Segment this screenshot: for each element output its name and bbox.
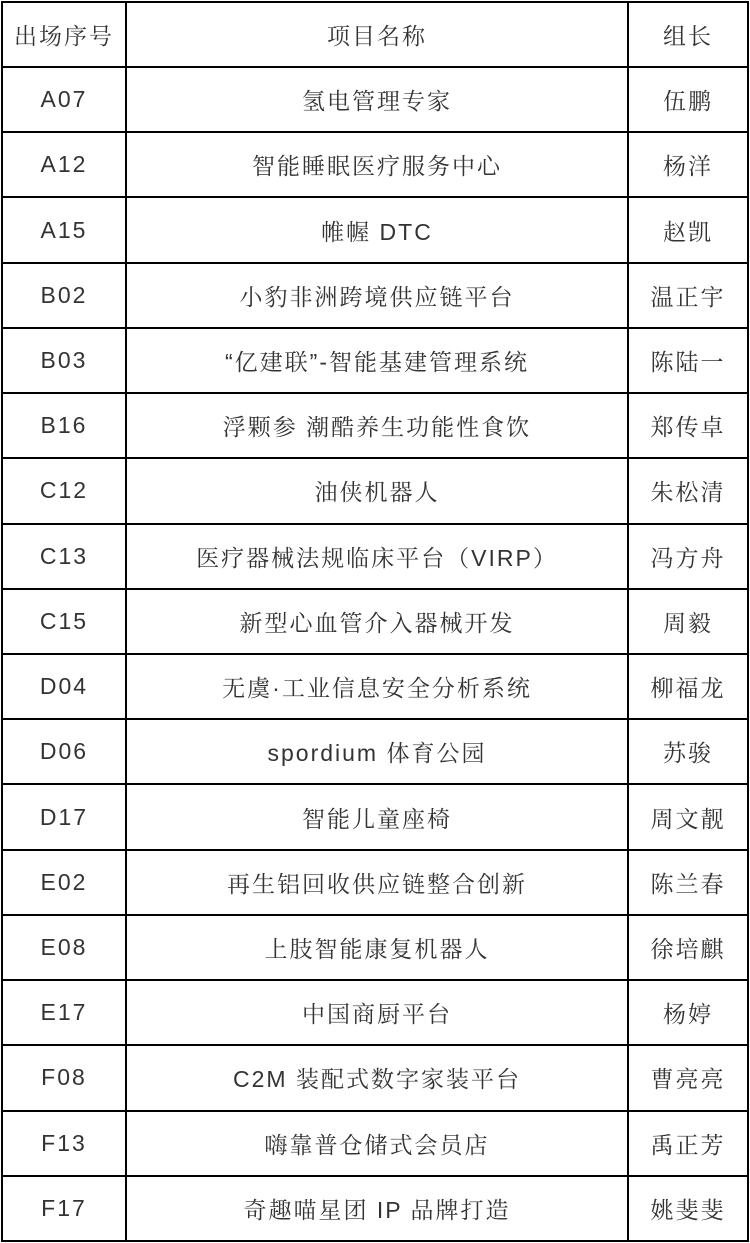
cell-project-name: 小豹非洲跨境供应链平台	[126, 263, 628, 328]
cell-leader: 朱松清	[628, 458, 748, 523]
cell-order-no: C12	[2, 458, 126, 523]
table-row: A07 氢电管理专家 伍鹏	[2, 67, 748, 132]
table-row: D04 无虞·工业信息安全分析系统 柳福龙	[2, 654, 748, 719]
cell-leader: 冯方舟	[628, 524, 748, 589]
table-row: D17 智能儿童座椅 周文靓	[2, 784, 748, 849]
cell-order-no: F17	[2, 1176, 126, 1241]
table-row: E02 再生铝回收供应链整合创新 陈兰春	[2, 850, 748, 915]
cell-leader: 郑传卓	[628, 393, 748, 458]
cell-order-no: F13	[2, 1111, 126, 1176]
table-row: E17 中国商厨平台 杨婷	[2, 980, 748, 1045]
cell-leader: 陈陆一	[628, 328, 748, 393]
header-cell-order-no: 出场序号	[2, 2, 126, 67]
table-row: E08 上肢智能康复机器人 徐培麒	[2, 915, 748, 980]
cell-leader: 徐培麒	[628, 915, 748, 980]
table-body: A07 氢电管理专家 伍鹏 A12 智能睡眠医疗服务中心 杨洋 A15 帷幄 D…	[2, 67, 748, 1241]
table-row: F17 奇趣喵星团 IP 品牌打造 姚斐斐	[2, 1176, 748, 1241]
table-row: D06 spordium 体育公园 苏骏	[2, 719, 748, 784]
cell-leader: 温正宇	[628, 263, 748, 328]
cell-leader: 柳福龙	[628, 654, 748, 719]
cell-project-name: 浮颗参 潮酷养生功能性食饮	[126, 393, 628, 458]
cell-project-name: C2M 装配式数字家装平台	[126, 1045, 628, 1110]
cell-leader: 姚斐斐	[628, 1176, 748, 1241]
cell-leader: 杨洋	[628, 132, 748, 197]
cell-leader: 伍鹏	[628, 67, 748, 132]
cell-project-name: 油侠机器人	[126, 458, 628, 523]
cell-project-name: 医疗器械法规临床平台（VIRP）	[126, 524, 628, 589]
table-row: A15 帷幄 DTC 赵凯	[2, 197, 748, 262]
cell-project-name: 新型心血管介入器械开发	[126, 589, 628, 654]
table-row: B16 浮颗参 潮酷养生功能性食饮 郑传卓	[2, 393, 748, 458]
cell-project-name: 氢电管理专家	[126, 67, 628, 132]
schedule-table: 出场序号 项目名称 组长 A07 氢电管理专家 伍鹏 A12 智能睡眠医疗服务中…	[1, 1, 749, 1242]
cell-project-name: 智能睡眠医疗服务中心	[126, 132, 628, 197]
table-row: A12 智能睡眠医疗服务中心 杨洋	[2, 132, 748, 197]
cell-order-no: E08	[2, 915, 126, 980]
cell-project-name: 无虞·工业信息安全分析系统	[126, 654, 628, 719]
document-page: 出场序号 项目名称 组长 A07 氢电管理专家 伍鹏 A12 智能睡眠医疗服务中…	[0, 0, 750, 1243]
cell-order-no: D04	[2, 654, 126, 719]
cell-project-name: “亿建联”-智能基建管理系统	[126, 328, 628, 393]
cell-order-no: D17	[2, 784, 126, 849]
cell-leader: 周文靓	[628, 784, 748, 849]
table-row: F13 嗨靠普仓储式会员店 禹正芳	[2, 1111, 748, 1176]
header-row: 出场序号 项目名称 组长	[2, 2, 748, 67]
table-row: C15 新型心血管介入器械开发 周毅	[2, 589, 748, 654]
header-cell-leader: 组长	[628, 2, 748, 67]
cell-leader: 陈兰春	[628, 850, 748, 915]
cell-leader: 禹正芳	[628, 1111, 748, 1176]
table-row: C13 医疗器械法规临床平台（VIRP） 冯方舟	[2, 524, 748, 589]
cell-project-name: 上肢智能康复机器人	[126, 915, 628, 980]
cell-leader: 苏骏	[628, 719, 748, 784]
cell-order-no: B02	[2, 263, 126, 328]
table-row: C12 油侠机器人 朱松清	[2, 458, 748, 523]
cell-leader: 赵凯	[628, 197, 748, 262]
cell-project-name: 帷幄 DTC	[126, 197, 628, 262]
cell-order-no: D06	[2, 719, 126, 784]
table-row: F08 C2M 装配式数字家装平台 曹亮亮	[2, 1045, 748, 1110]
cell-order-no: C15	[2, 589, 126, 654]
cell-order-no: A15	[2, 197, 126, 262]
table-row: B02 小豹非洲跨境供应链平台 温正宇	[2, 263, 748, 328]
cell-project-name: 再生铝回收供应链整合创新	[126, 850, 628, 915]
header-cell-project-name: 项目名称	[126, 2, 628, 67]
cell-project-name: 智能儿童座椅	[126, 784, 628, 849]
cell-project-name: spordium 体育公园	[126, 719, 628, 784]
table-row: B03 “亿建联”-智能基建管理系统 陈陆一	[2, 328, 748, 393]
cell-project-name: 中国商厨平台	[126, 980, 628, 1045]
cell-leader: 曹亮亮	[628, 1045, 748, 1110]
cell-order-no: A12	[2, 132, 126, 197]
table-header: 出场序号 项目名称 组长	[2, 2, 748, 67]
cell-order-no: C13	[2, 524, 126, 589]
cell-order-no: B03	[2, 328, 126, 393]
cell-leader: 杨婷	[628, 980, 748, 1045]
cell-project-name: 奇趣喵星团 IP 品牌打造	[126, 1176, 628, 1241]
cell-order-no: E17	[2, 980, 126, 1045]
cell-leader: 周毅	[628, 589, 748, 654]
cell-project-name: 嗨靠普仓储式会员店	[126, 1111, 628, 1176]
cell-order-no: E02	[2, 850, 126, 915]
cell-order-no: F08	[2, 1045, 126, 1110]
cell-order-no: A07	[2, 67, 126, 132]
cell-order-no: B16	[2, 393, 126, 458]
